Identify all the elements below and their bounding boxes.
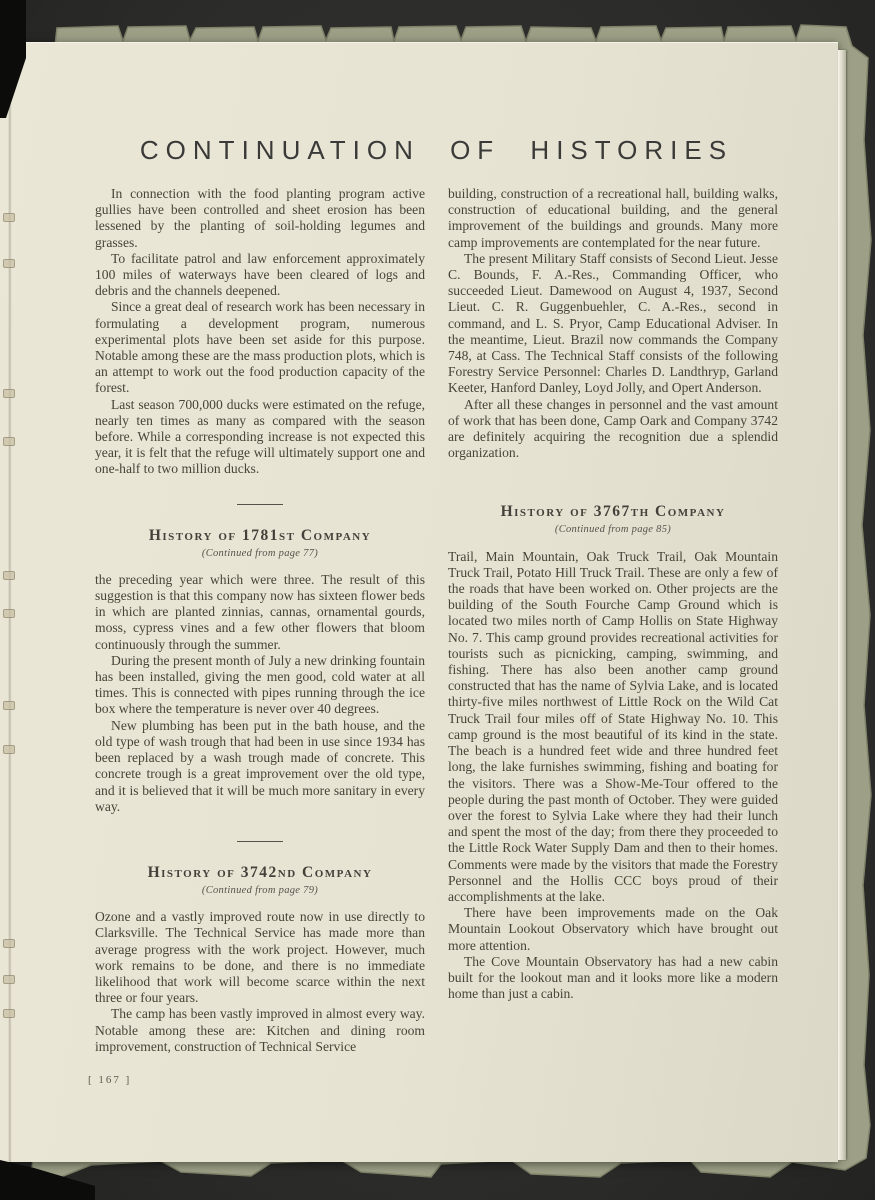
corner-shadow-bottom-left (0, 1160, 95, 1200)
corner-shadow-top-left (0, 0, 26, 118)
scanned-book-page: { "page": { "title": "CONTINUATION OF HI… (0, 0, 875, 1200)
scan-corner-shadows (0, 0, 875, 1200)
